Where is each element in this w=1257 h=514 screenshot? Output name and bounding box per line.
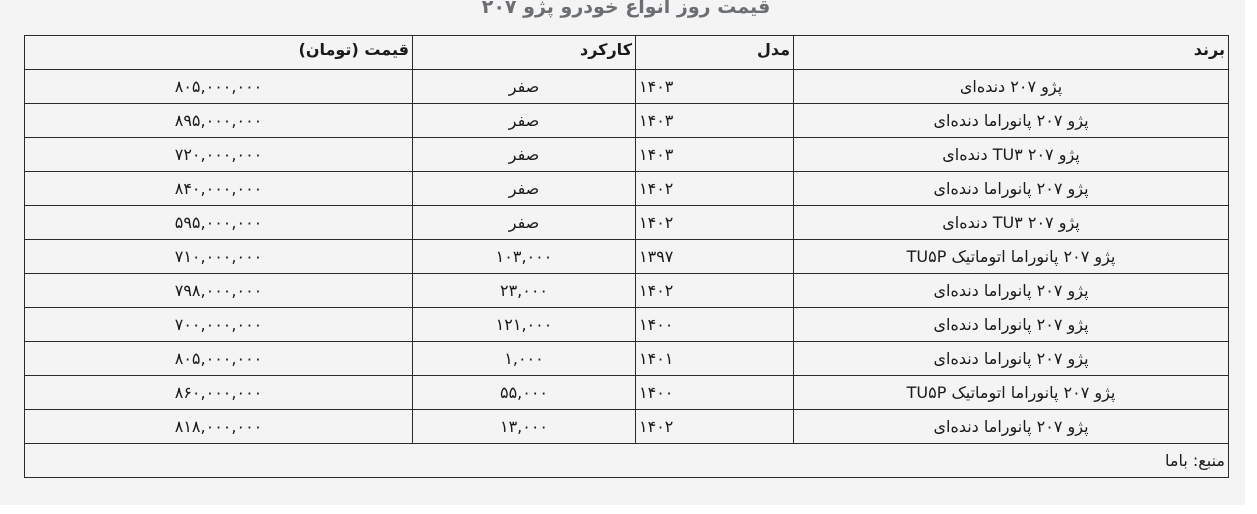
table-row: پژو ۲۰۷ دنده‌ای ۱۴۰۳ صفر ۸۰۵,۰۰۰,۰۰۰ (25, 70, 1229, 104)
table-row: پژو ۲۰۷ TU۳ دنده‌ای ۱۴۰۳ صفر ۷۲۰,۰۰۰,۰۰۰ (25, 138, 1229, 172)
cell-mileage: ۱۳,۰۰۰ (413, 410, 636, 444)
model-value: ۱۴۰۳ (639, 145, 673, 165)
table-row: پژو ۲۰۷ TU۳ دنده‌ای ۱۴۰۲ صفر ۵۹۵,۰۰۰,۰۰۰ (25, 206, 1229, 240)
cell-model: ۱۴۰۰ (636, 308, 794, 342)
price-value: ۸۰۵,۰۰۰,۰۰۰ (175, 77, 263, 97)
cell-model: ۱۴۰۲ (636, 172, 794, 206)
mileage-value: ۱۳,۰۰۰ (500, 417, 548, 437)
table-row: پژو ۲۰۷ پانوراما اتوماتیک TU۵P ۱۳۹۷ ۱۰۳,… (25, 240, 1229, 274)
price-value: ۵۹۵,۰۰۰,۰۰۰ (175, 213, 263, 233)
cell-mileage: ۱۲۱,۰۰۰ (413, 308, 636, 342)
model-value: ۱۴۰۳ (639, 77, 673, 97)
table-row: پژو ۲۰۷ پانوراما دنده‌ای ۱۴۰۲ صفر ۸۴۰,۰۰… (25, 172, 1229, 206)
header-mileage: کارکرد (413, 36, 636, 70)
cell-brand: پژو ۲۰۷ پانوراما دنده‌ای (794, 308, 1229, 342)
mileage-value: ۲۳,۰۰۰ (500, 281, 548, 301)
cell-price: ۷۰۰,۰۰۰,۰۰۰ (25, 308, 413, 342)
cell-price: ۷۹۸,۰۰۰,۰۰۰ (25, 274, 413, 308)
mileage-value: ۱۲۱,۰۰۰ (496, 315, 553, 335)
cell-brand: پژو ۲۰۷ پانوراما دنده‌ای (794, 410, 1229, 444)
model-value: ۱۴۰۱ (639, 349, 673, 369)
table-row: پژو ۲۰۷ پانوراما اتوماتیک TU۵P ۱۴۰۰ ۵۵,۰… (25, 376, 1229, 410)
cell-model: ۱۴۰۱ (636, 342, 794, 376)
table-row: پژو ۲۰۷ پانوراما دنده‌ای ۱۴۰۲ ۲۳,۰۰۰ ۷۹۸… (25, 274, 1229, 308)
cell-brand: پژو ۲۰۷ دنده‌ای (794, 70, 1229, 104)
model-value: ۱۴۰۲ (639, 417, 673, 437)
price-value: ۷۹۸,۰۰۰,۰۰۰ (175, 281, 263, 301)
mileage-value: صفر (509, 145, 540, 165)
cell-mileage: ۱,۰۰۰ (413, 342, 636, 376)
cell-brand: پژو ۲۰۷ TU۳ دنده‌ای (794, 138, 1229, 172)
cell-model: ۱۴۰۲ (636, 410, 794, 444)
cell-model: ۱۴۰۳ (636, 70, 794, 104)
table-row: پژو ۲۰۷ پانوراما دنده‌ای ۱۴۰۰ ۱۲۱,۰۰۰ ۷۰… (25, 308, 1229, 342)
price-value: ۷۰۰,۰۰۰,۰۰۰ (175, 315, 263, 335)
cell-brand: پژو ۲۰۷ پانوراما اتوماتیک TU۵P (794, 376, 1229, 410)
cell-mileage: صفر (413, 104, 636, 138)
cell-price: ۸۱۸,۰۰۰,۰۰۰ (25, 410, 413, 444)
header-price: قیمت (تومان) (25, 36, 413, 70)
cell-price: ۵۹۵,۰۰۰,۰۰۰ (25, 206, 413, 240)
cell-brand: پژو ۲۰۷ پانوراما اتوماتیک TU۵P (794, 240, 1229, 274)
source-row: منبع: باما (25, 444, 1229, 478)
model-value: ۱۴۰۳ (639, 111, 673, 131)
cell-mileage: صفر (413, 172, 636, 206)
mileage-value: صفر (509, 77, 540, 97)
model-value: ۱۴۰۲ (639, 281, 673, 301)
model-value: ۱۴۰۲ (639, 179, 673, 199)
source-note: منبع: باما (25, 444, 1229, 478)
price-value: ۸۴۰,۰۰۰,۰۰۰ (175, 179, 263, 199)
cell-brand: پژو ۲۰۷ پانوراما دنده‌ای (794, 172, 1229, 206)
cell-mileage: ۱۰۳,۰۰۰ (413, 240, 636, 274)
cell-brand: پژو ۲۰۷ پانوراما دنده‌ای (794, 274, 1229, 308)
cell-price: ۸۰۵,۰۰۰,۰۰۰ (25, 342, 413, 376)
page-title: قیمت روز انواع خودرو پژو ۲۰۷ (0, 0, 1252, 20)
cell-mileage: ۲۳,۰۰۰ (413, 274, 636, 308)
table-header-row: برند مدل کارکرد قیمت (تومان) (25, 36, 1229, 70)
cell-brand: پژو ۲۰۷ پانوراما دنده‌ای (794, 104, 1229, 138)
cell-price: ۸۹۵,۰۰۰,۰۰۰ (25, 104, 413, 138)
mileage-value: صفر (509, 111, 540, 131)
mileage-value: صفر (509, 179, 540, 199)
price-value: ۸۰۵,۰۰۰,۰۰۰ (175, 349, 263, 369)
cell-mileage: ۵۵,۰۰۰ (413, 376, 636, 410)
table-row: پژو ۲۰۷ پانوراما دنده‌ای ۱۴۰۳ صفر ۸۹۵,۰۰… (25, 104, 1229, 138)
price-value: ۷۲۰,۰۰۰,۰۰۰ (175, 145, 263, 165)
cell-mileage: صفر (413, 138, 636, 172)
cell-model: ۱۴۰۳ (636, 138, 794, 172)
cell-model: ۱۴۰۰ (636, 376, 794, 410)
cell-model: ۱۴۰۲ (636, 274, 794, 308)
price-value: ۷۱۰,۰۰۰,۰۰۰ (175, 247, 263, 267)
cell-price: ۸۶۰,۰۰۰,۰۰۰ (25, 376, 413, 410)
price-value: ۸۶۰,۰۰۰,۰۰۰ (175, 383, 263, 403)
header-brand: برند (794, 36, 1229, 70)
header-model: مدل (636, 36, 794, 70)
cell-price: ۸۰۵,۰۰۰,۰۰۰ (25, 70, 413, 104)
price-value: ۸۱۸,۰۰۰,۰۰۰ (175, 417, 263, 437)
cell-mileage: صفر (413, 70, 636, 104)
cell-model: ۱۳۹۷ (636, 240, 794, 274)
mileage-value: صفر (509, 213, 540, 233)
model-value: ۱۳۹۷ (639, 247, 673, 267)
model-value: ۱۴۰۰ (639, 383, 673, 403)
price-table: برند مدل کارکرد قیمت (تومان) پژو ۲۰۷ دند… (24, 35, 1229, 478)
cell-price: ۷۲۰,۰۰۰,۰۰۰ (25, 138, 413, 172)
cell-price: ۸۴۰,۰۰۰,۰۰۰ (25, 172, 413, 206)
model-value: ۱۴۰۲ (639, 213, 673, 233)
mileage-value: ۱,۰۰۰ (504, 349, 543, 369)
model-value: ۱۴۰۰ (639, 315, 673, 335)
page-background: قیمت روز انواع خودرو پژو ۲۰۷ برند مدل کا… (0, 0, 1245, 505)
cell-mileage: صفر (413, 206, 636, 240)
price-value: ۸۹۵,۰۰۰,۰۰۰ (175, 111, 263, 131)
cell-model: ۱۴۰۲ (636, 206, 794, 240)
cell-price: ۷۱۰,۰۰۰,۰۰۰ (25, 240, 413, 274)
table-row: پژو ۲۰۷ پانوراما دنده‌ای ۱۴۰۲ ۱۳,۰۰۰ ۸۱۸… (25, 410, 1229, 444)
mileage-value: ۵۵,۰۰۰ (500, 383, 548, 403)
cell-brand: پژو ۲۰۷ پانوراما دنده‌ای (794, 342, 1229, 376)
table-row: پژو ۲۰۷ پانوراما دنده‌ای ۱۴۰۱ ۱,۰۰۰ ۸۰۵,… (25, 342, 1229, 376)
cell-model: ۱۴۰۳ (636, 104, 794, 138)
mileage-value: ۱۰۳,۰۰۰ (496, 247, 553, 267)
cell-brand: پژو ۲۰۷ TU۳ دنده‌ای (794, 206, 1229, 240)
